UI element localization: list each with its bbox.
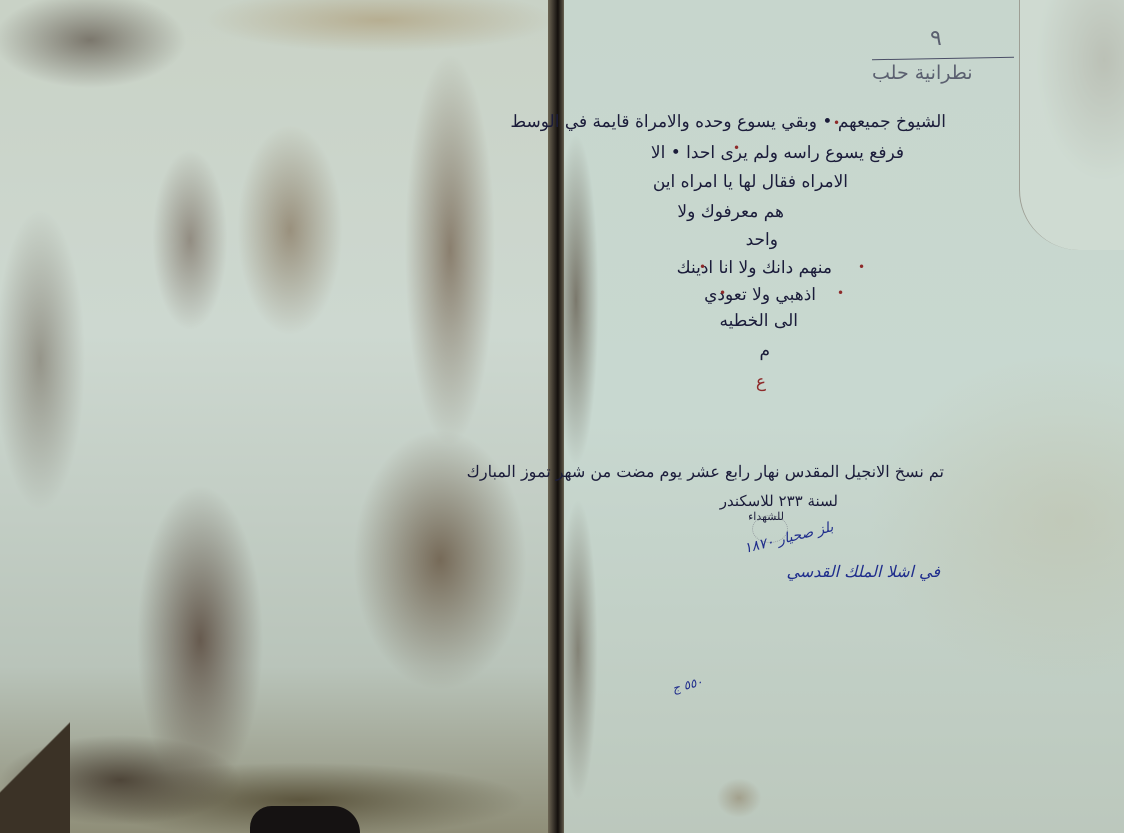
- left-page-stained-cover: [0, 0, 556, 833]
- text-line-9: م: [759, 341, 770, 361]
- ownership-note-line-2: في اشلا الملك القدسي: [786, 562, 940, 581]
- rubric-dot: •: [733, 141, 740, 155]
- rubric-dot: •: [699, 260, 706, 274]
- text-line-1: الشيوخ جميعهم • وبقي يسوع وحده والامراة …: [510, 112, 946, 132]
- page-tear: [250, 806, 360, 833]
- colophon-year: لسنة ٢٣٣ للاسكندر: [720, 492, 838, 510]
- water-stain-edge: [1019, 0, 1124, 250]
- rubric-dot: •: [858, 260, 865, 274]
- colophon-line: تم نسخ الانجيل المقدس نهار رابع عشر يوم …: [467, 462, 944, 481]
- text-line-4: هم معرفوك ولا: [677, 202, 784, 222]
- text-line-5: واحد: [746, 230, 778, 250]
- text-line-2: فرفع يسوع راسه ولم يرى احدا • الا: [651, 143, 904, 163]
- page-corner-fold: [0, 700, 70, 833]
- text-line-10: ع: [756, 372, 766, 392]
- shelfmark-label: نطرانية حلب: [872, 62, 973, 84]
- text-line-8: الى الخطيه: [719, 311, 798, 331]
- rubric-dot: •: [837, 286, 844, 300]
- manuscript-scan: ٩ نطرانية حلب الشيوخ جميعهم • وبقي يسوع …: [0, 0, 1124, 833]
- rubric-dot: •: [833, 116, 840, 130]
- text-line-3: الامراه فقال لها يا امراه اين: [653, 172, 848, 192]
- shelfmark-number: ٩: [930, 26, 942, 51]
- rubric-dot: •: [719, 286, 726, 300]
